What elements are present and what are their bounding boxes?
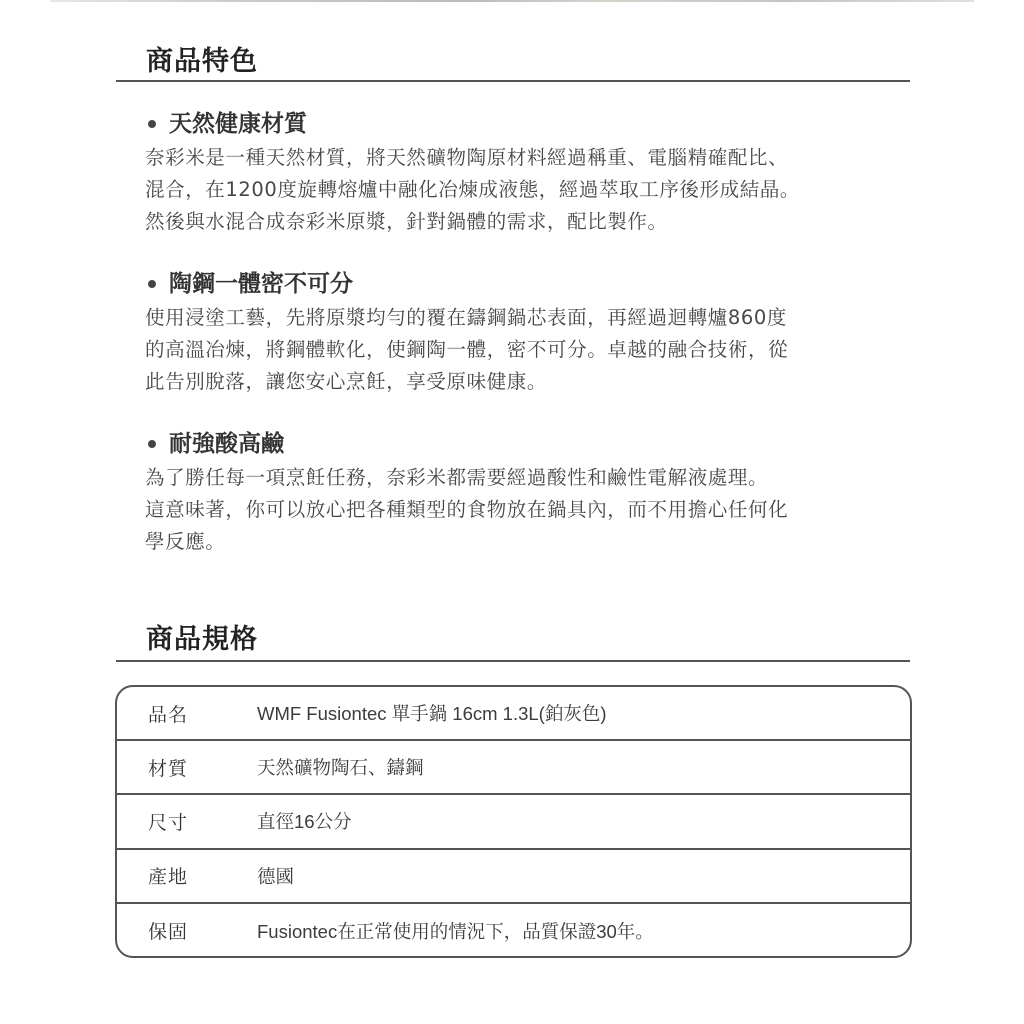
specs-table: 品名 WMF Fusiontec 單手鍋 16cm 1.3L(鉑灰色) 材質 天… bbox=[115, 685, 912, 958]
spec-value: Fusiontec在正常使用的情況下，品質保證30年。 bbox=[257, 918, 654, 944]
feature-line: 的高溫冶煉，將鋼體軟化，使鋼陶一體，密不可分。卓越的融合技術，從 bbox=[145, 334, 905, 366]
spec-label: 產地 bbox=[117, 862, 257, 889]
feature-line: 此告別脫落，讓您安心烹飪，享受原味健康。 bbox=[145, 366, 905, 398]
features-section-header: 商品特色 bbox=[116, 44, 910, 82]
spec-value: 直徑16公分 bbox=[257, 808, 352, 834]
feature-title-text: 陶鋼一體密不可分 bbox=[169, 268, 353, 300]
spec-row-size: 尺寸 直徑16公分 bbox=[117, 795, 910, 849]
feature-item: 陶鋼一體密不可分 使用浸塗工藝，先將原漿均勻的覆在鑄鋼鍋芯表面，再經過迴轉爐86… bbox=[145, 268, 905, 398]
product-description-page: 商品特色 天然健康材質 奈彩米是一種天然材質，將天然礦物陶原材料經過稱重、電腦精… bbox=[0, 0, 1024, 1024]
spec-row-material: 材質 天然礦物陶石、鑄鋼 bbox=[117, 741, 910, 795]
feature-line: 為了勝任每一項烹飪任務，奈彩米都需要經過酸性和鹼性電解液處理。 bbox=[145, 462, 905, 494]
top-image-edge bbox=[50, 0, 974, 2]
bullet-icon bbox=[148, 120, 156, 128]
spec-label: 尺寸 bbox=[117, 808, 257, 835]
specs-section-header: 商品規格 bbox=[116, 622, 910, 662]
feature-line: 混合，在1200度旋轉熔爐中融化冶煉成液態，經過萃取工序後形成結晶。 bbox=[145, 174, 905, 206]
spec-row-name: 品名 WMF Fusiontec 單手鍋 16cm 1.3L(鉑灰色) bbox=[117, 687, 910, 741]
feature-item: 天然健康材質 奈彩米是一種天然材質，將天然礦物陶原材料經過稱重、電腦精確配比、 … bbox=[145, 108, 905, 238]
feature-description: 為了勝任每一項烹飪任務，奈彩米都需要經過酸性和鹼性電解液處理。 這意味著，你可以… bbox=[145, 462, 905, 558]
feature-description: 使用浸塗工藝，先將原漿均勻的覆在鑄鋼鍋芯表面，再經過迴轉爐860度 的高溫冶煉，… bbox=[145, 302, 905, 398]
features-title: 商品特色 bbox=[116, 44, 910, 80]
feature-title-text: 天然健康材質 bbox=[169, 108, 307, 140]
spec-row-origin: 產地 德國 bbox=[117, 850, 910, 904]
feature-line: 這意味著，你可以放心把各種類型的食物放在鍋具內，而不用擔心任何化 bbox=[145, 494, 905, 526]
spec-value: 德國 bbox=[257, 863, 294, 889]
spec-label: 材質 bbox=[117, 754, 257, 781]
feature-heading: 陶鋼一體密不可分 bbox=[145, 268, 905, 300]
bullet-icon bbox=[148, 280, 156, 288]
feature-heading: 耐強酸高鹼 bbox=[145, 428, 905, 460]
feature-line: 學反應。 bbox=[145, 526, 905, 558]
bullet-icon bbox=[148, 440, 156, 448]
spec-label: 品名 bbox=[117, 700, 257, 727]
feature-heading: 天然健康材質 bbox=[145, 108, 905, 140]
spec-label: 保固 bbox=[117, 917, 257, 944]
spec-row-warranty: 保固 Fusiontec在正常使用的情況下，品質保證30年。 bbox=[117, 904, 910, 958]
spec-value: WMF Fusiontec 單手鍋 16cm 1.3L(鉑灰色) bbox=[257, 700, 607, 726]
feature-line: 奈彩米是一種天然材質，將天然礦物陶原材料經過稱重、電腦精確配比、 bbox=[145, 142, 905, 174]
feature-item: 耐強酸高鹼 為了勝任每一項烹飪任務，奈彩米都需要經過酸性和鹼性電解液處理。 這意… bbox=[145, 428, 905, 558]
feature-title-text: 耐強酸高鹼 bbox=[169, 428, 284, 460]
feature-line: 使用浸塗工藝，先將原漿均勻的覆在鑄鋼鍋芯表面，再經過迴轉爐860度 bbox=[145, 302, 905, 334]
spec-value: 天然礦物陶石、鑄鋼 bbox=[257, 754, 424, 780]
feature-description: 奈彩米是一種天然材質，將天然礦物陶原材料經過稱重、電腦精確配比、 混合，在120… bbox=[145, 142, 905, 238]
specs-title: 商品規格 bbox=[116, 622, 910, 658]
feature-line: 然後與水混合成奈彩米原漿，針對鍋體的需求，配比製作。 bbox=[145, 206, 905, 238]
